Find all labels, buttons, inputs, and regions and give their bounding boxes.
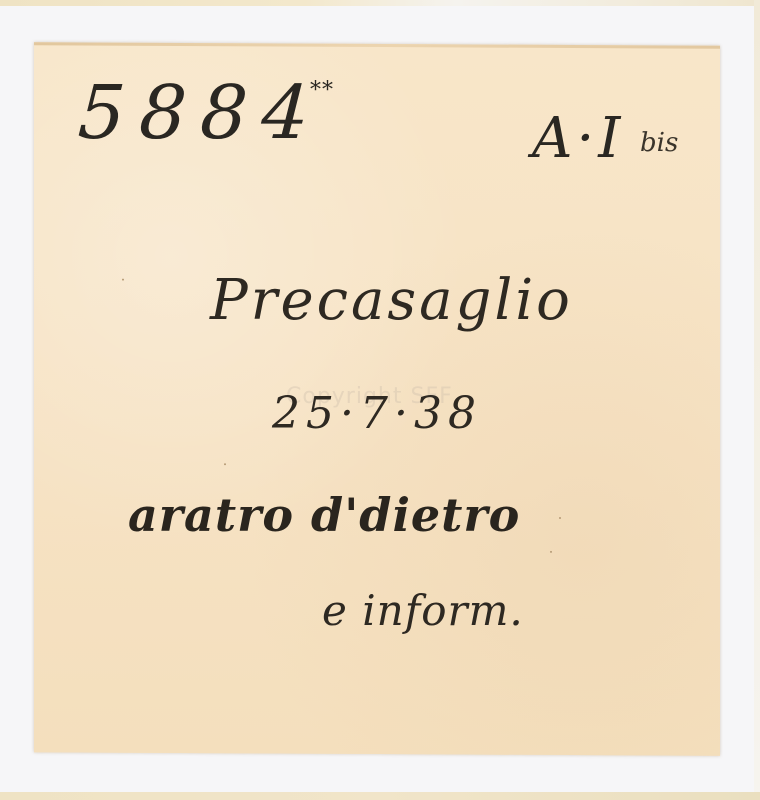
catalog-number: 5884: [67, 70, 333, 156]
locality-text: Precasaglio: [210, 268, 573, 333]
right-mount-edge: [754, 0, 760, 800]
catalog-star-marks: **: [310, 78, 334, 103]
paper-speck: [550, 551, 552, 553]
bottom-paper-strip: [0, 792, 760, 800]
paper-speck: [224, 463, 226, 465]
note-line-2: e inform.: [322, 586, 524, 635]
series-mark: A·I: [532, 106, 624, 171]
date-text: 25·7·38: [272, 388, 482, 439]
series-suffix: bis: [640, 128, 678, 158]
note-line-1: aratro d'dietro: [128, 488, 520, 542]
paper-speck: [122, 279, 124, 281]
top-paper-strip: [0, 0, 760, 6]
paper-speck: [559, 517, 561, 519]
